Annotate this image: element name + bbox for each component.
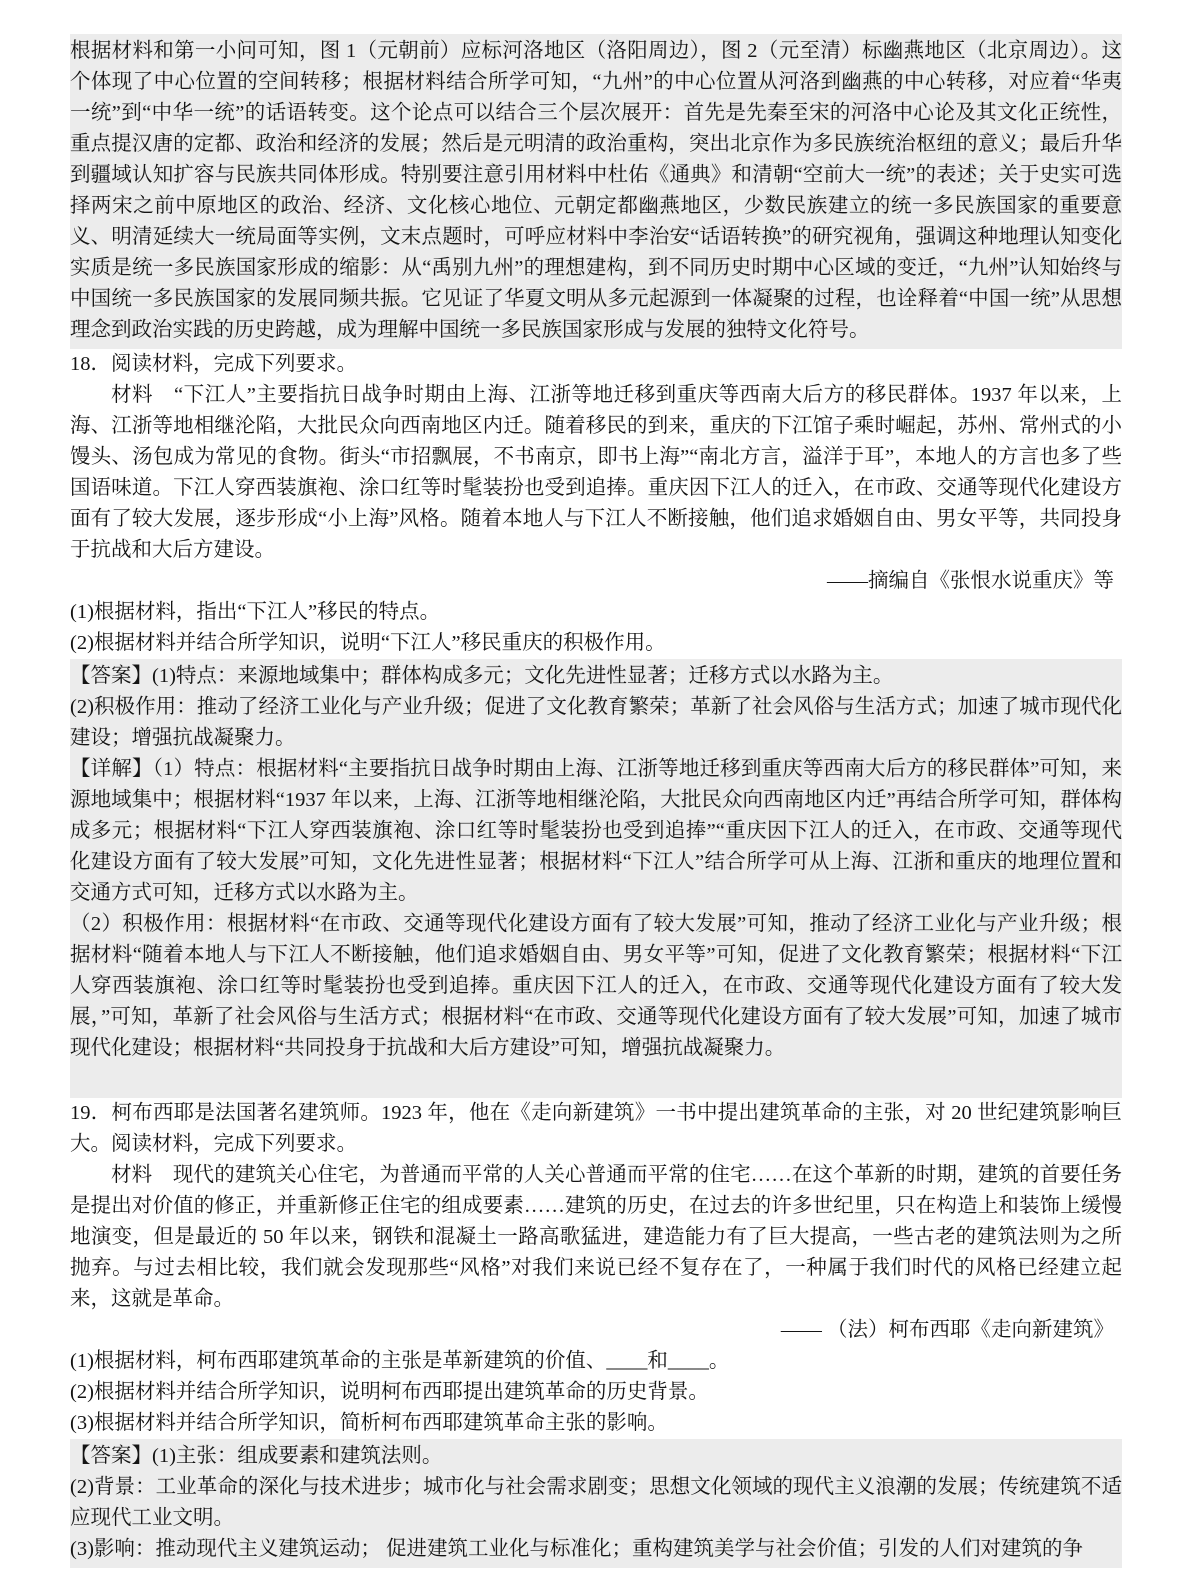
question-18-answer-part-1: 【答案】(1)特点：来源地域集中；群体构成多元；文化先进性显著；迁移方式以水路为… [70,661,1122,692]
question-18-answer-part-2: (2)积极作用：推动了经济工业化与产业升级；促进了文化教育繁荣；革新了社会风俗与… [70,692,1122,754]
question-19-answer-part-1: 【答案】(1)主张：组成要素和建筑法则。 [70,1441,1122,1472]
question-18-header: 18．阅读材料，完成下列要求。 [70,349,1122,380]
question-18-subquestion-2: (2)根据材料并结合所学知识，说明“下江人”移民重庆的积极作用。 [70,628,1122,659]
analysis-continuation-text: 根据材料和第一小问可知，图 1（元朝前）应标河洛地区（洛阳周边），图 2（元至清… [70,36,1122,346]
blank-line [70,1064,1122,1095]
question-19-block: 19．柯布西耶是法国著名建筑师。1923 年，他在《走向新建筑》一书中提出建筑革… [70,1098,1122,1439]
question-18-block: 18．阅读材料，完成下列要求。 材料 “下江人”主要指抗日战争时期由上海、江浙等… [70,349,1122,659]
question-18-subquestion-1: (1)根据材料，指出“下江人”移民的特点。 [70,597,1122,628]
question-19-source-attribution: —— （法）柯布西耶《走向新建筑》 [70,1315,1122,1346]
question-19-answer-part-2: (2)背景：工业革命的深化与技术进步；城市化与社会需求剧变；思想文化领域的现代主… [70,1472,1122,1534]
question-18-analysis-part-1: 【详解】（1）特点：根据材料“主要指抗日战争时期由上海、江浙等地迁移到重庆等西南… [70,754,1122,909]
document-page: 根据材料和第一小问可知，图 1（元朝前）应标河洛地区（洛阳周边），图 2（元至清… [0,0,1190,1596]
question-19-subquestion-1: (1)根据材料，柯布西耶建筑革命的主张是革新建筑的价值、____和____。 [70,1346,1122,1377]
answer-analysis-continuation-block: 根据材料和第一小问可知，图 1（元朝前）应标河洛地区（洛阳周边），图 2（元至清… [70,34,1122,349]
question-18-source-attribution: ——摘编自《张恨水说重庆》等 [70,566,1122,597]
question-19-subquestion-3: (3)根据材料并结合所学知识，简析柯布西耶建筑革命主张的影响。 [70,1408,1122,1439]
question-18-answer-block: 【答案】(1)特点：来源地域集中；群体构成多元；文化先进性显著；迁移方式以水路为… [70,659,1122,1098]
question-19-answer-block: 【答案】(1)主张：组成要素和建筑法则。 (2)背景：工业革命的深化与技术进步；… [70,1439,1122,1568]
question-19-material: 材料 现代的建筑关心住宅，为普通而平常的人关心普通而平常的住宅……在这个革新的时… [70,1160,1122,1315]
question-19-answer-part-3: (3)影响：推动现代主义建筑运动； 促进建筑工业化与标准化；重构建筑美学与社会价… [70,1534,1122,1565]
question-18-analysis-part-2: （2）积极作用：根据材料“在市政、交通等现代化建设方面有了较大发展”可知，推动了… [70,909,1122,1064]
question-19-subquestion-2: (2)根据材料并结合所学知识，说明柯布西耶提出建筑革命的历史背景。 [70,1377,1122,1408]
question-18-material: 材料 “下江人”主要指抗日战争时期由上海、江浙等地迁移到重庆等西南大后方的移民群… [70,380,1122,566]
question-19-header: 19．柯布西耶是法国著名建筑师。1923 年，他在《走向新建筑》一书中提出建筑革… [70,1098,1122,1160]
